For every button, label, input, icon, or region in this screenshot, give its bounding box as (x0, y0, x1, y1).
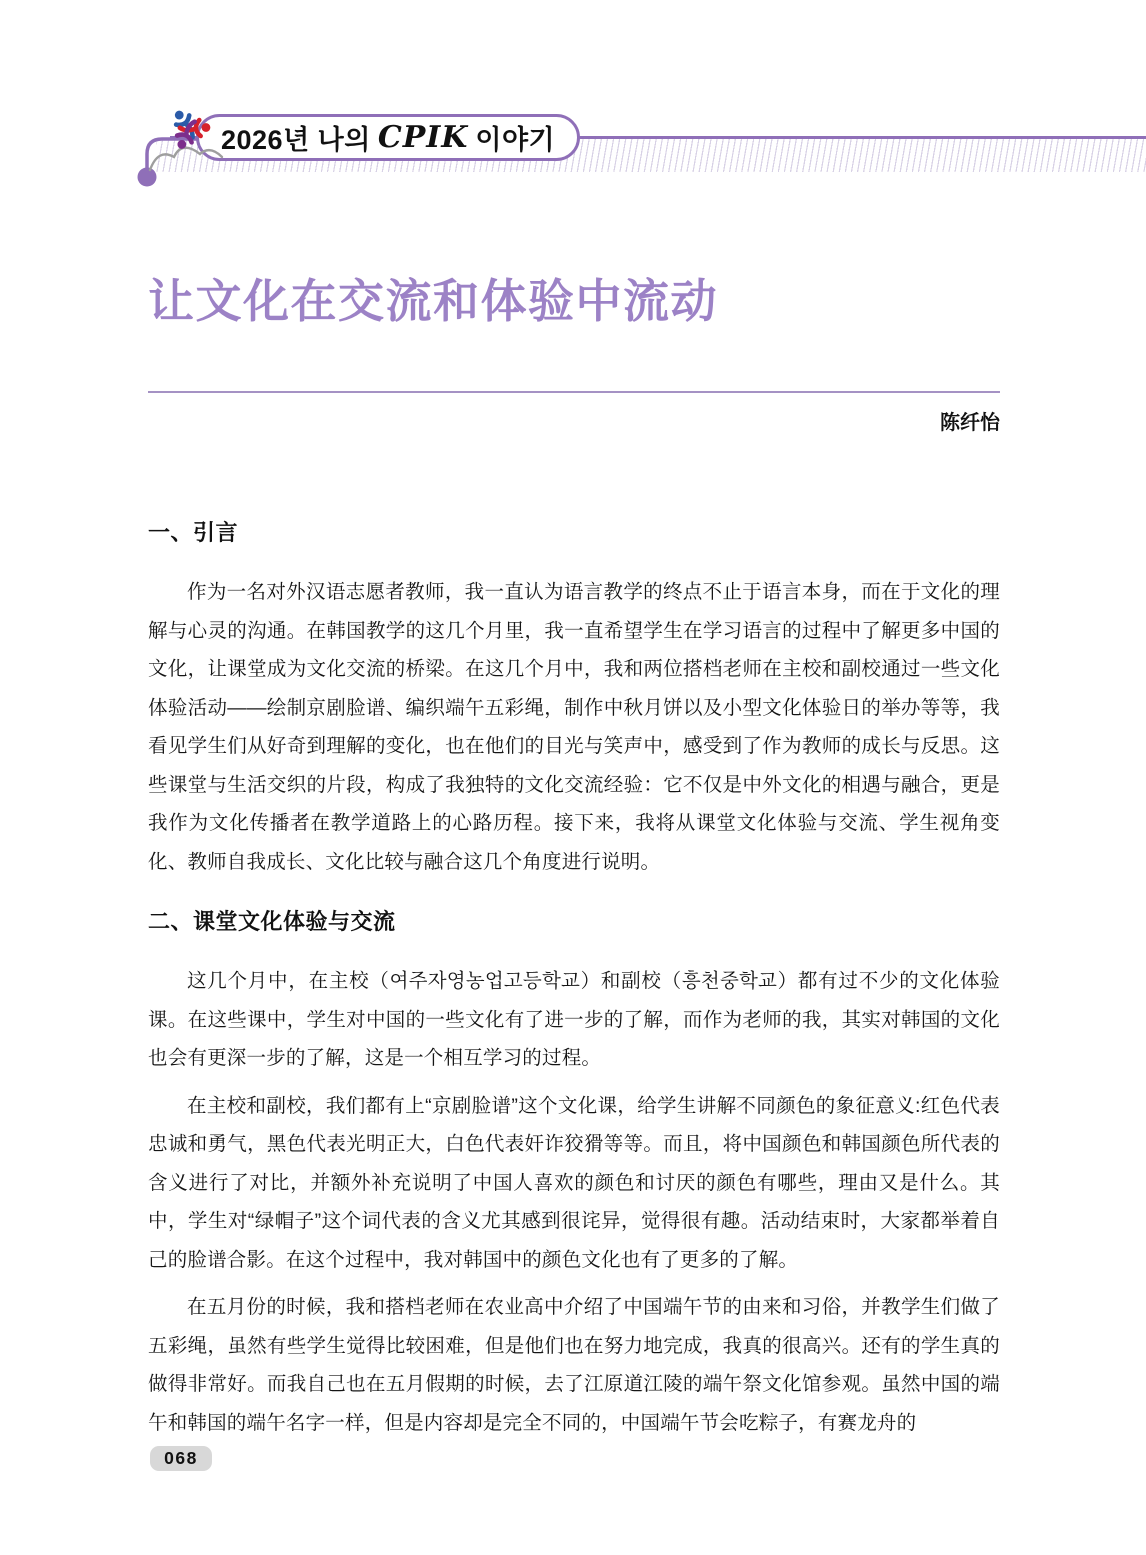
header-series-badge: 2026년 나의 CPIK 이야기 (196, 114, 580, 161)
paragraph: 在五月份的时候，我和搭档老师在农业高中介绍了中国端午节的由来和习俗，并教学生们做… (148, 1288, 1000, 1442)
cpik-brand-label: CPIK (378, 120, 469, 155)
title-divider (148, 391, 1000, 393)
section-heading-classroom: 二、课堂文化体验与交流 (148, 905, 1000, 936)
paragraph: 这几个月中，在主校（여주자영농업고등학교）和副校（흥천중학교）都有过不少的文化体… (148, 962, 1000, 1078)
article-title: 让文化在交流和体验中流动 (148, 271, 1048, 331)
page-number-badge: 068 (150, 1446, 212, 1471)
document-page: 2026년 나의 CPIK 이야기 让文化在交流和体验中流动 (0, 0, 1146, 1555)
badge-prefix-label: 2026년 나의 (221, 118, 371, 157)
badge-suffix-label: 이야기 (475, 118, 555, 157)
article-body: 一、引言 作为一名对外汉语志愿者教师，我一直认为语言教学的终点不止于语言本身，而… (148, 516, 1000, 1451)
section-heading-intro: 一、引言 (148, 516, 1000, 547)
paragraph: 在主校和副校，我们都有上“京剧脸谱”这个文化课，给学生讲解不同颜色的象征意义:红… (148, 1087, 1000, 1280)
cpik-logo-icon (158, 96, 222, 160)
author-name: 陈纤怡 (148, 406, 1000, 435)
paragraph: 作为一名对外汉语志愿者教师，我一直认为语言教学的终点不止于语言本身，而在于文化的… (148, 573, 1000, 881)
